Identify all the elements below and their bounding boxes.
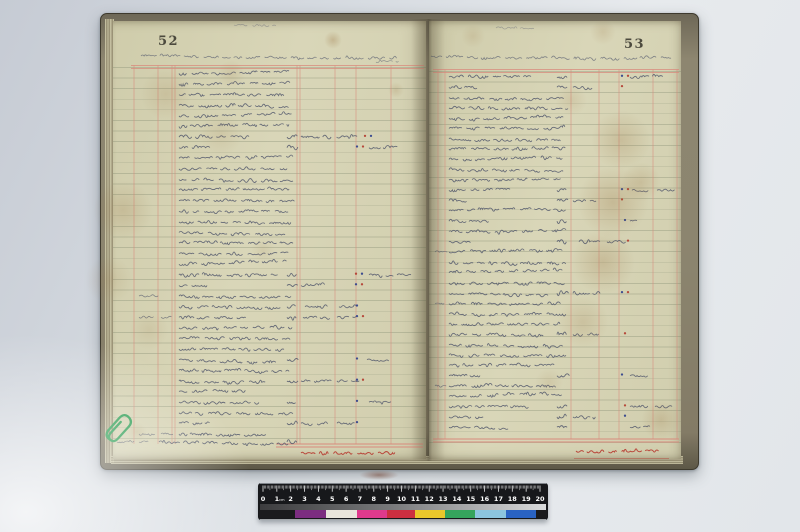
margin-entry <box>139 434 160 436</box>
currency-glyph <box>287 381 301 383</box>
handwriting-line <box>449 115 568 121</box>
handwriting-line <box>630 375 651 377</box>
handwriting-line <box>573 416 600 419</box>
ruler-patch-cyan <box>475 510 506 518</box>
margin-entry <box>161 433 176 435</box>
red-dot-mark <box>624 332 626 334</box>
handwriting-line <box>449 383 561 387</box>
ruler-scale-ticks: 01cm234567891011121314151617181920 <box>258 484 548 505</box>
handwriting-line <box>179 305 284 309</box>
ruler-number: 12 <box>425 495 434 503</box>
red-ink-note <box>576 449 662 453</box>
handwriting-line <box>632 189 653 191</box>
currency-glyph <box>557 414 569 418</box>
handwriting-line <box>179 93 289 97</box>
blue-dot-mark <box>356 304 358 306</box>
handwriting-line <box>179 401 264 404</box>
handwriting-line <box>179 325 296 330</box>
handwriting-line <box>573 200 601 202</box>
handwriting-line <box>179 259 291 265</box>
handwriting-line <box>179 295 294 299</box>
blue-dot-mark <box>621 373 623 375</box>
calibration-ruler: 01cm234567891011121314151617181920 <box>258 483 548 520</box>
handwriting-line <box>449 302 566 306</box>
handwriting-line <box>630 74 666 78</box>
handwriting-line <box>179 368 293 373</box>
red-dot-mark <box>621 85 623 87</box>
handwriting-line <box>573 86 595 89</box>
handwriting-line <box>449 374 484 377</box>
handwriting-line <box>303 316 335 319</box>
ledger-page-right: 53 <box>429 21 681 459</box>
handwriting-right-page <box>429 21 681 459</box>
handwriting-line <box>449 333 548 337</box>
handwriting-line <box>337 380 362 382</box>
handwriting-line <box>179 285 210 287</box>
handwriting-line <box>449 138 563 142</box>
ruler-number: 14 <box>452 495 462 503</box>
handwriting-line <box>179 433 269 437</box>
top-margin-script <box>496 27 539 29</box>
blue-dot-mark <box>621 75 623 77</box>
handwriting-line <box>179 337 295 340</box>
currency-glyph <box>287 305 300 309</box>
handwriting-left-page <box>113 21 426 459</box>
handwriting-line <box>179 187 292 191</box>
handwriting-line <box>179 241 298 245</box>
header-script <box>141 54 401 60</box>
ruler-patch-purple <box>295 510 326 518</box>
handwriting-line <box>301 422 331 426</box>
ruler-number: 9 <box>385 495 390 503</box>
handwriting-line <box>573 333 602 336</box>
red-dot-mark <box>627 188 629 190</box>
handwriting-line <box>449 426 513 429</box>
blue-dot-mark <box>621 291 623 293</box>
handwriting-line <box>449 125 570 130</box>
handwriting-line <box>367 359 393 361</box>
handwriting-line <box>449 392 567 397</box>
handwriting-line <box>179 103 291 108</box>
margin-entry <box>435 303 449 304</box>
margin-entry <box>435 385 450 387</box>
margin-entry <box>435 251 451 253</box>
red-dot-mark <box>355 273 357 275</box>
ruler-unit-label: cm <box>279 498 285 502</box>
blue-dot-mark <box>361 273 363 275</box>
handwriting-line <box>159 440 293 445</box>
handwriting-line <box>449 228 571 234</box>
handwriting-line <box>449 322 563 325</box>
handwriting-line <box>179 70 293 75</box>
ledger-page-left: 52 <box>113 21 426 459</box>
handwriting-line <box>449 282 570 285</box>
blue-dot-mark <box>356 421 358 423</box>
currency-glyph <box>287 284 301 286</box>
currency-glyph <box>287 421 302 425</box>
ruler-patch-yellow <box>415 510 445 518</box>
currency-glyph <box>557 332 570 335</box>
currency-glyph <box>557 189 570 192</box>
ruler-number: 20 <box>535 495 545 503</box>
red-dot-mark <box>362 145 364 147</box>
ruler-number: 4 <box>316 495 321 503</box>
handwriting-line <box>657 189 678 191</box>
handwriting-line <box>630 220 642 221</box>
handwriting-line <box>449 312 569 317</box>
currency-glyph <box>557 86 573 88</box>
handwriting-line <box>449 344 566 349</box>
blue-dot-mark <box>356 379 358 381</box>
handwriting-line <box>179 178 298 182</box>
currency-glyph <box>287 145 303 150</box>
handwriting-line <box>449 106 573 110</box>
ruler-number: 11 <box>411 495 421 503</box>
handwriting-line <box>179 231 288 235</box>
handwriting-line <box>449 261 569 266</box>
currency-glyph <box>557 240 571 244</box>
handwriting-line <box>449 178 563 182</box>
ruler-patch-white <box>326 510 357 518</box>
handwriting-line <box>301 283 328 287</box>
handwriting-line <box>449 248 565 252</box>
ruler-number: 15 <box>466 495 476 503</box>
handwriting-line <box>449 75 535 78</box>
ruler-color-patches <box>259 510 547 518</box>
ruler-number: 8 <box>372 495 377 503</box>
margin-entry <box>161 316 175 318</box>
handwriting-line <box>179 422 214 425</box>
currency-glyph <box>557 426 573 428</box>
currency-glyph <box>557 76 572 78</box>
handwriting-line <box>449 208 569 212</box>
handwriting-line <box>179 359 280 364</box>
paper-clip-icon <box>101 412 141 450</box>
red-dot-mark <box>362 315 364 317</box>
red-dot-mark <box>627 291 629 293</box>
blue-dot-mark <box>621 188 623 190</box>
currency-glyph <box>287 358 304 361</box>
handwriting-line <box>179 390 249 393</box>
blue-dot-mark <box>356 315 358 317</box>
handwriting-line <box>449 199 471 202</box>
handwriting-line <box>179 252 292 256</box>
handwriting-line <box>179 123 292 128</box>
handwriting-line <box>449 188 514 192</box>
handwriting-line <box>449 363 558 367</box>
currency-glyph <box>287 402 301 403</box>
handwriting-line <box>301 380 334 383</box>
handwriting-line <box>179 210 291 214</box>
ruler-number: 6 <box>344 495 349 503</box>
handwriting-line <box>607 240 630 243</box>
handwriting-line <box>449 86 481 89</box>
ruler-number: 7 <box>358 495 363 503</box>
red-dot-mark <box>361 283 363 285</box>
blue-dot-mark <box>355 283 357 285</box>
handwriting-line <box>305 305 332 309</box>
ruler-number: 3 <box>302 495 307 503</box>
handwriting-line <box>449 168 568 173</box>
ruler-number: 13 <box>439 495 448 503</box>
blue-dot-mark <box>356 400 358 402</box>
margin-entry <box>139 441 152 442</box>
red-dot-mark <box>627 239 629 241</box>
handwriting-line <box>179 112 297 118</box>
red-dot-mark <box>362 379 364 381</box>
handwriting-line <box>449 241 474 243</box>
ruler-number: 16 <box>480 495 490 503</box>
handwriting-line <box>397 274 414 276</box>
handwriting-line <box>179 221 295 225</box>
handwriting-line <box>179 380 270 384</box>
ruler-number: 0 <box>261 495 266 503</box>
ruler-patch-magenta <box>357 510 387 518</box>
blue-dot-mark <box>370 135 372 137</box>
margin-entry <box>139 295 162 297</box>
handwriting-line <box>449 156 567 161</box>
top-margin-script <box>234 24 281 26</box>
handwriting-line <box>449 405 532 408</box>
handwriting-line <box>630 426 654 428</box>
handwriting-line <box>449 97 567 101</box>
ruler-number: 17 <box>494 495 503 503</box>
ruler-bottom-edge <box>260 519 546 521</box>
currency-glyph <box>557 374 575 377</box>
handwriting-line <box>179 146 213 149</box>
header-script-sub <box>376 60 403 62</box>
handwriting-line <box>179 167 290 171</box>
handwriting-line <box>449 219 493 222</box>
currency-glyph <box>287 135 301 139</box>
handwriting-line <box>179 348 289 352</box>
blue-dot-mark <box>356 357 358 359</box>
bottom-edge-smear <box>359 470 399 480</box>
handwriting-line <box>369 274 398 278</box>
photo-scene: 52 53 01cm234567891011121314151617181920 <box>0 0 800 532</box>
handwriting-line <box>339 305 362 308</box>
ledger-book: 52 53 <box>100 13 699 470</box>
handwriting-line <box>179 412 298 416</box>
ruler-number: 2 <box>288 495 293 503</box>
currency-glyph <box>557 199 571 201</box>
handwriting-line <box>179 81 294 86</box>
ruler-number: 10 <box>397 495 407 503</box>
margin-entry <box>139 316 159 318</box>
handwriting-line <box>630 405 651 407</box>
handwriting-line <box>301 135 360 139</box>
handwriting-line <box>449 354 570 358</box>
ruler-patch-blue <box>506 510 536 518</box>
red-dot-mark <box>624 404 626 406</box>
blue-dot-mark <box>356 145 358 147</box>
currency-glyph <box>557 291 572 296</box>
ruler-number: 5 <box>330 495 335 503</box>
red-ink-note <box>301 452 399 455</box>
handwriting-line <box>655 406 676 408</box>
handwriting-line <box>449 416 488 419</box>
ruler-patch-red <box>387 510 416 518</box>
handwriting-line <box>369 401 396 404</box>
handwriting-line <box>449 147 569 151</box>
red-dot-mark <box>364 135 366 137</box>
handwriting-line <box>179 199 298 203</box>
blue-dot-mark <box>624 219 626 221</box>
ruler-patch-black-end <box>536 510 547 518</box>
currency-glyph <box>287 440 301 444</box>
handwriting-line <box>179 316 251 319</box>
handwriting-line <box>369 145 402 148</box>
header-script <box>431 55 676 60</box>
handwriting-line <box>179 135 253 139</box>
ruler-number: 19 <box>522 495 532 503</box>
currency-glyph <box>557 220 571 224</box>
handwriting-line <box>449 293 553 297</box>
blue-dot-mark <box>624 415 626 417</box>
currency-glyph <box>287 273 301 276</box>
currency-glyph <box>557 405 571 408</box>
currency-glyph <box>287 317 299 321</box>
handwriting-line <box>179 273 282 278</box>
ruler-patch-green <box>445 510 475 518</box>
ruler-number: 18 <box>508 495 518 503</box>
red-dot-mark <box>627 75 629 77</box>
handwriting-line <box>449 268 566 273</box>
handwriting-line <box>337 422 358 424</box>
ruler-patch-black <box>259 510 295 518</box>
red-dot-mark <box>621 198 623 200</box>
handwriting-line <box>179 155 298 159</box>
